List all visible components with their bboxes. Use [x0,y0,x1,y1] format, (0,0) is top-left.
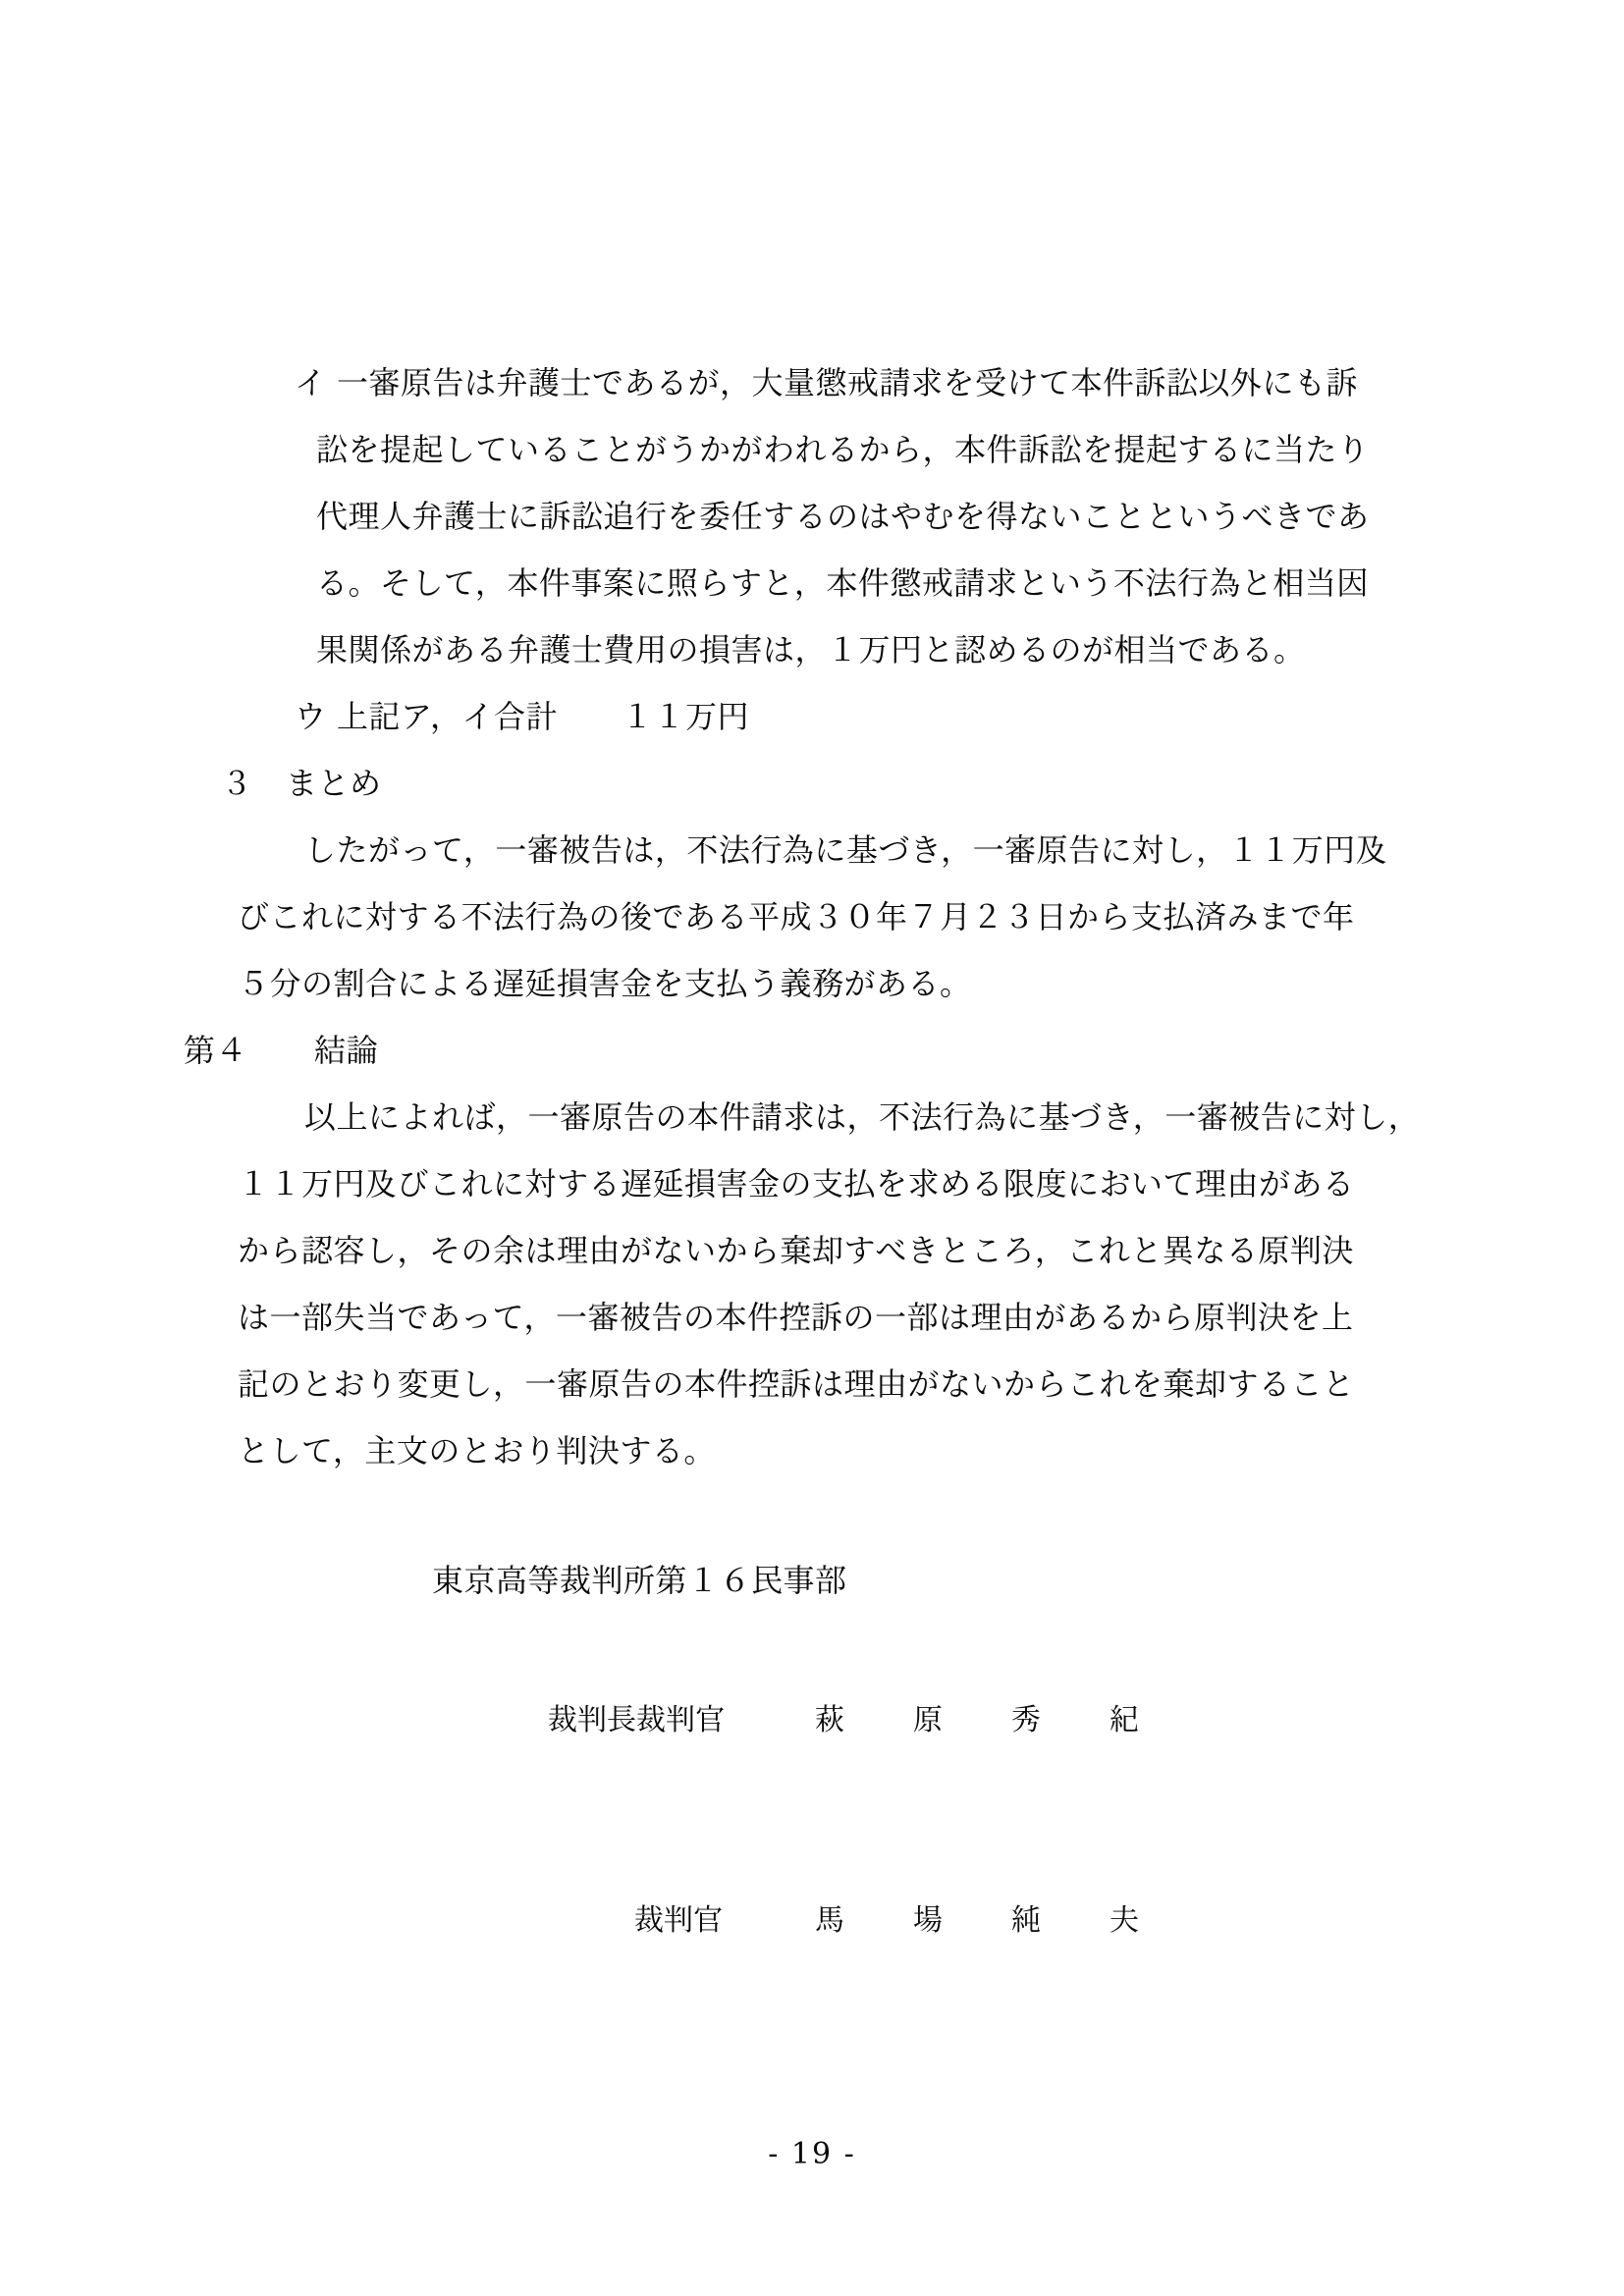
line-marker: ウ [295,699,327,735]
body-line: 記のとおり変更し，一審原告の本件控訴は理由がないからこれを棄却すること [0,1366,1624,1414]
page-number: - 19 - [0,2138,1624,2172]
judge-role: 裁判官 [634,1904,723,1939]
line-text: したがって，一審被告は，不法行為に基づき，一審原告に対し，１１万円及 [304,832,1387,869]
judgment-page: イ一審原告は弁護士であるが，大量懲戒請求を受けて本件訴訟以外にも訴訟を提起してい… [0,0,1624,2296]
line-text: は一部失当であって，一審被告の本件控訴の一部は理由があるから原判決を上 [238,1300,1354,1336]
line-text: 訟を提起していることがうかがわれるから，本件訴訟を提起するに当たり [316,432,1370,468]
body-line: 訟を提起していることがうかがわれるから，本件訴訟を提起するに当たり [0,432,1624,479]
court-name: 東京高等裁判所第１６民事部 [432,1563,847,1599]
line-text: 結論 [314,1033,378,1069]
line-text: まとめ [286,766,382,802]
line-text: ５分の割合による遅延損害金を支払う義務がある。 [238,966,972,1002]
line-marker: ３ [221,766,253,802]
line-text: として，主文のとおり判決する。 [238,1433,716,1469]
body-line: る。そして，本件事案に照らすと，本件懲戒請求という不法行為と相当因 [0,565,1624,613]
judge-role: 裁判長裁判官 [548,1704,725,1738]
line-marker: イ [295,365,327,401]
body-line: として，主文のとおり判決する。 [0,1433,1624,1480]
body-line: イ一審原告は弁護士であるが，大量懲戒請求を受けて本件訴訟以外にも訴 [0,365,1624,412]
line-text: １１万円及びこれに対する遅延損害金の支払を求める限度において理由がある [238,1166,1355,1202]
signature-row: 裁判長裁判官萩原秀紀 [0,1704,1624,1747]
line-text: から認容し，その余は理由がないから棄却すべきところ，これと異なる原判決 [238,1233,1354,1269]
body-line: ５分の割合による遅延損害金を支払う義務がある。 [0,966,1624,1013]
body-line: したがって，一審被告は，不法行為に基づき，一審原告に対し，１１万円及 [0,832,1624,880]
line-text: 果関係がある弁護士費用の損害は，１万円と認めるのが相当である。 [316,632,1306,668]
line-text: 上記ア，イ合計 １１万円 [337,699,749,735]
body-line: から認容し，その余は理由がないから棄却すべきところ，これと異なる原判決 [0,1233,1624,1280]
body-line: 以上によれば，一審原告の本件請求は，不法行為に基づき，一審被告に対し， [0,1099,1624,1147]
signature-row: 裁判官馬場純夫 [0,1904,1624,1948]
body-line: 果関係がある弁護士費用の損害は，１万円と認めるのが相当である。 [0,632,1624,679]
body-line: １１万円及びこれに対する遅延損害金の支払を求める限度において理由がある [0,1166,1624,1213]
judge-name: 萩原秀紀 [815,1704,1208,1738]
line-text: る。そして，本件事案に照らすと，本件懲戒請求という不法行為と相当因 [316,565,1369,602]
line-text: びこれに対する不法行為の後である平成３０年７月２３日から支払済みまで年 [238,899,1355,935]
judge-name: 馬場純夫 [815,1904,1208,1939]
body-line: ウ上記ア，イ合計 １１万円 [0,699,1624,746]
body-line: ３まとめ [0,766,1624,813]
line-text: 一審原告は弁護士であるが，大量懲戒請求を受けて本件訴訟以外にも訴 [337,365,1358,401]
body-line: は一部失当であって，一審被告の本件控訴の一部は理由があるから原判決を上 [0,1300,1624,1347]
body-line: びこれに対する不法行為の後である平成３０年７月２３日から支払済みまで年 [0,899,1624,946]
line-text: 記のとおり変更し，一審原告の本件控訴は理由がないからこれを棄却すること [238,1366,1355,1403]
line-text: 代理人弁護士に訴訟追行を委任するのはやむを得ないことというべきであ [316,499,1370,535]
body-line: 第４結論 [0,1033,1624,1080]
line-text: 以上によれば，一審原告の本件請求は，不法行為に基づき，一審被告に対し， [304,1099,1420,1136]
line-marker: 第４ [184,1033,247,1069]
body-line: 代理人弁護士に訴訟追行を委任するのはやむを得ないことというべきであ [0,499,1624,546]
